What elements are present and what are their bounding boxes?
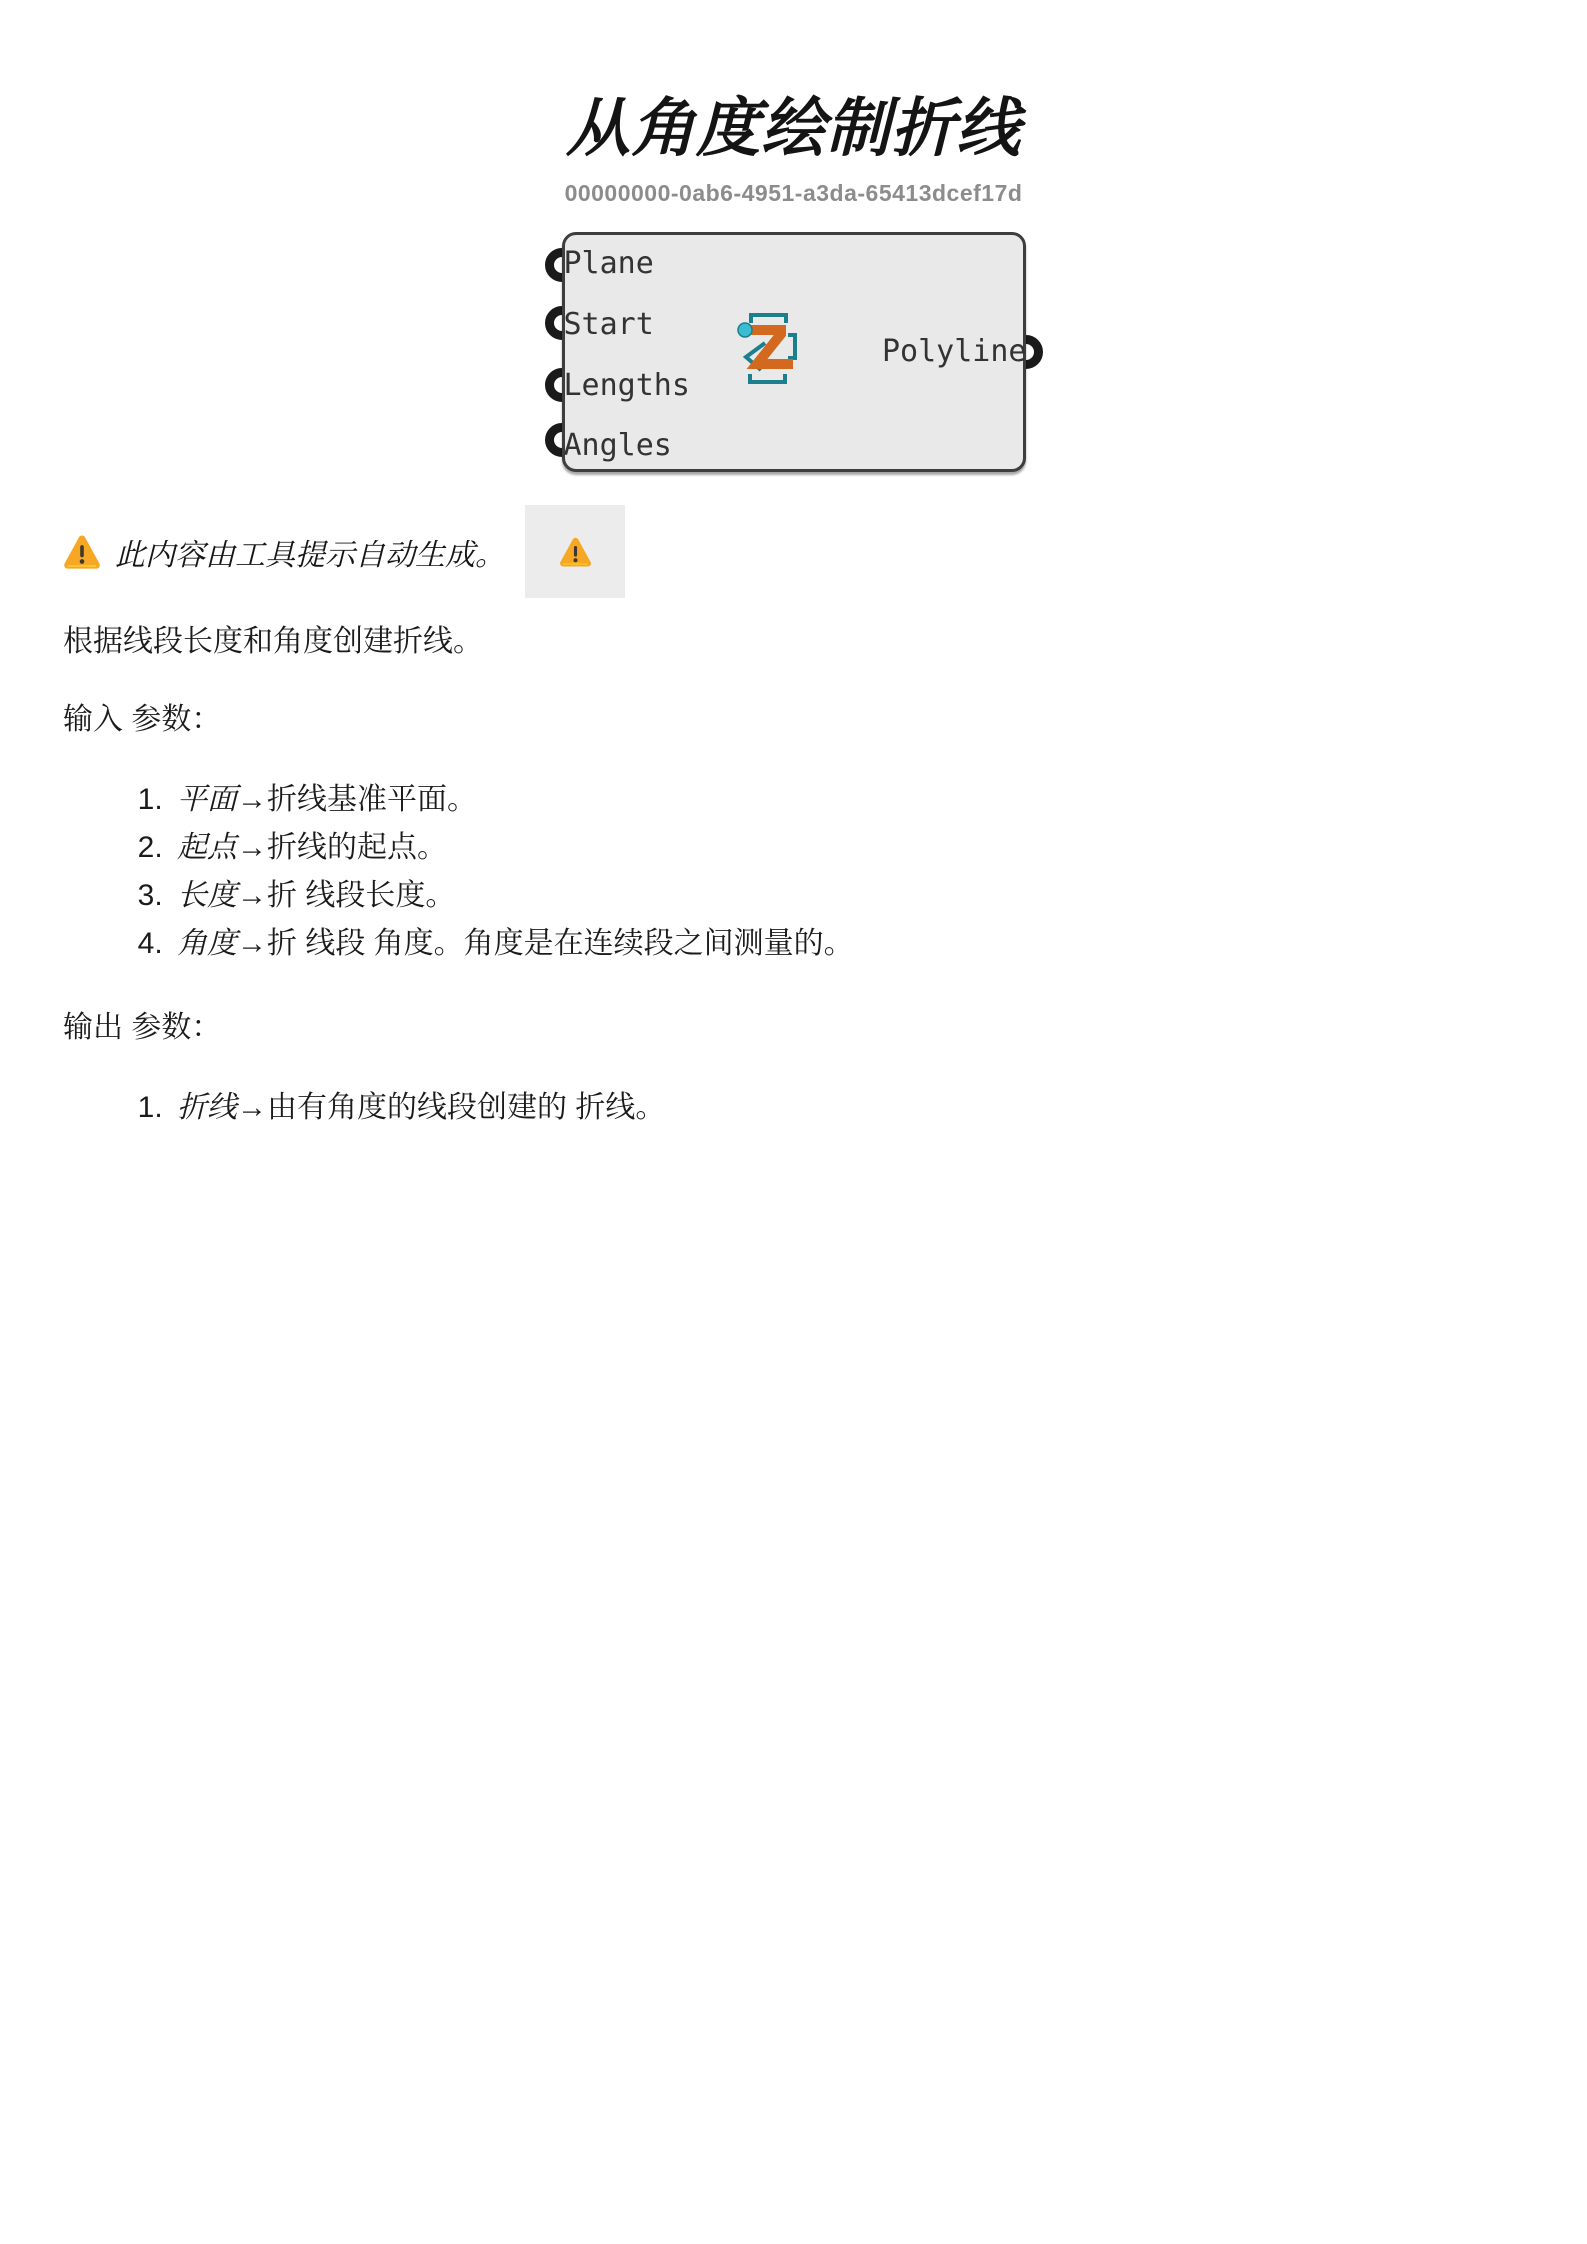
param-desc: →折线的起点。	[237, 831, 447, 864]
param-desc: →折线基准平面。	[237, 783, 477, 816]
input-label-plane: Plane	[564, 244, 690, 284]
start-point-dot	[738, 323, 752, 337]
param-term: 平面	[177, 783, 237, 816]
param-desc: →由有角度的线段创建的 折线。	[237, 1091, 665, 1124]
inputs-section-heading: 输入 参数：	[63, 702, 1524, 738]
component-input-labels: Plane Start Lengths Angles	[564, 244, 690, 466]
page-title: 从角度绘制折线	[63, 92, 1524, 166]
input-param-plane: 平面→折线基准平面。	[171, 776, 1524, 824]
inputs-param-list: 平面→折线基准平面。 起点→折线的起点。 长度→折 线段长度。 角度→折 线段 …	[63, 776, 1524, 968]
param-term: 角度	[177, 927, 237, 960]
outputs-param-list: 折线→由有角度的线段创建的 折线。	[63, 1084, 1524, 1132]
polyline-component-icon	[733, 310, 805, 388]
param-term: 长度	[177, 879, 237, 912]
notice-text: 此内容由工具提示自动生成。	[115, 530, 505, 574]
component-guid: 00000000-0ab6-4951-a3da-65413dcef17d	[63, 180, 1524, 208]
input-param-lengths: 长度→折 线段长度。	[171, 872, 1524, 920]
input-param-angles: 角度→折 线段 角度。角度是在连续段之间测量的。	[171, 920, 1524, 968]
param-term: 起点	[177, 831, 237, 864]
auto-generated-notice: 此内容由工具提示自动生成。	[63, 505, 1524, 598]
warning-icon	[559, 537, 592, 567]
param-desc: →折 线段长度。	[237, 879, 455, 912]
input-param-start: 起点→折线的起点。	[171, 824, 1524, 872]
component-description: 根据线段长度和角度创建折线。	[63, 624, 1524, 660]
output-label-polyline: Polyline	[882, 332, 1027, 372]
param-term: 折线	[177, 1091, 237, 1124]
outputs-section-heading: 输出 参数：	[63, 1010, 1524, 1046]
param-desc: →折 线段 角度。角度是在连续段之间测量的。	[237, 927, 854, 960]
warning-image-placeholder	[525, 505, 625, 598]
warning-icon	[63, 535, 101, 569]
output-param-polyline: 折线→由有角度的线段创建的 折线。	[171, 1084, 1524, 1132]
input-label-lengths: Lengths	[564, 366, 690, 406]
input-label-start: Start	[564, 305, 690, 345]
input-label-angles: Angles	[564, 426, 690, 466]
component-diagram: Plane Start Lengths Angles Polyline	[544, 232, 1044, 478]
